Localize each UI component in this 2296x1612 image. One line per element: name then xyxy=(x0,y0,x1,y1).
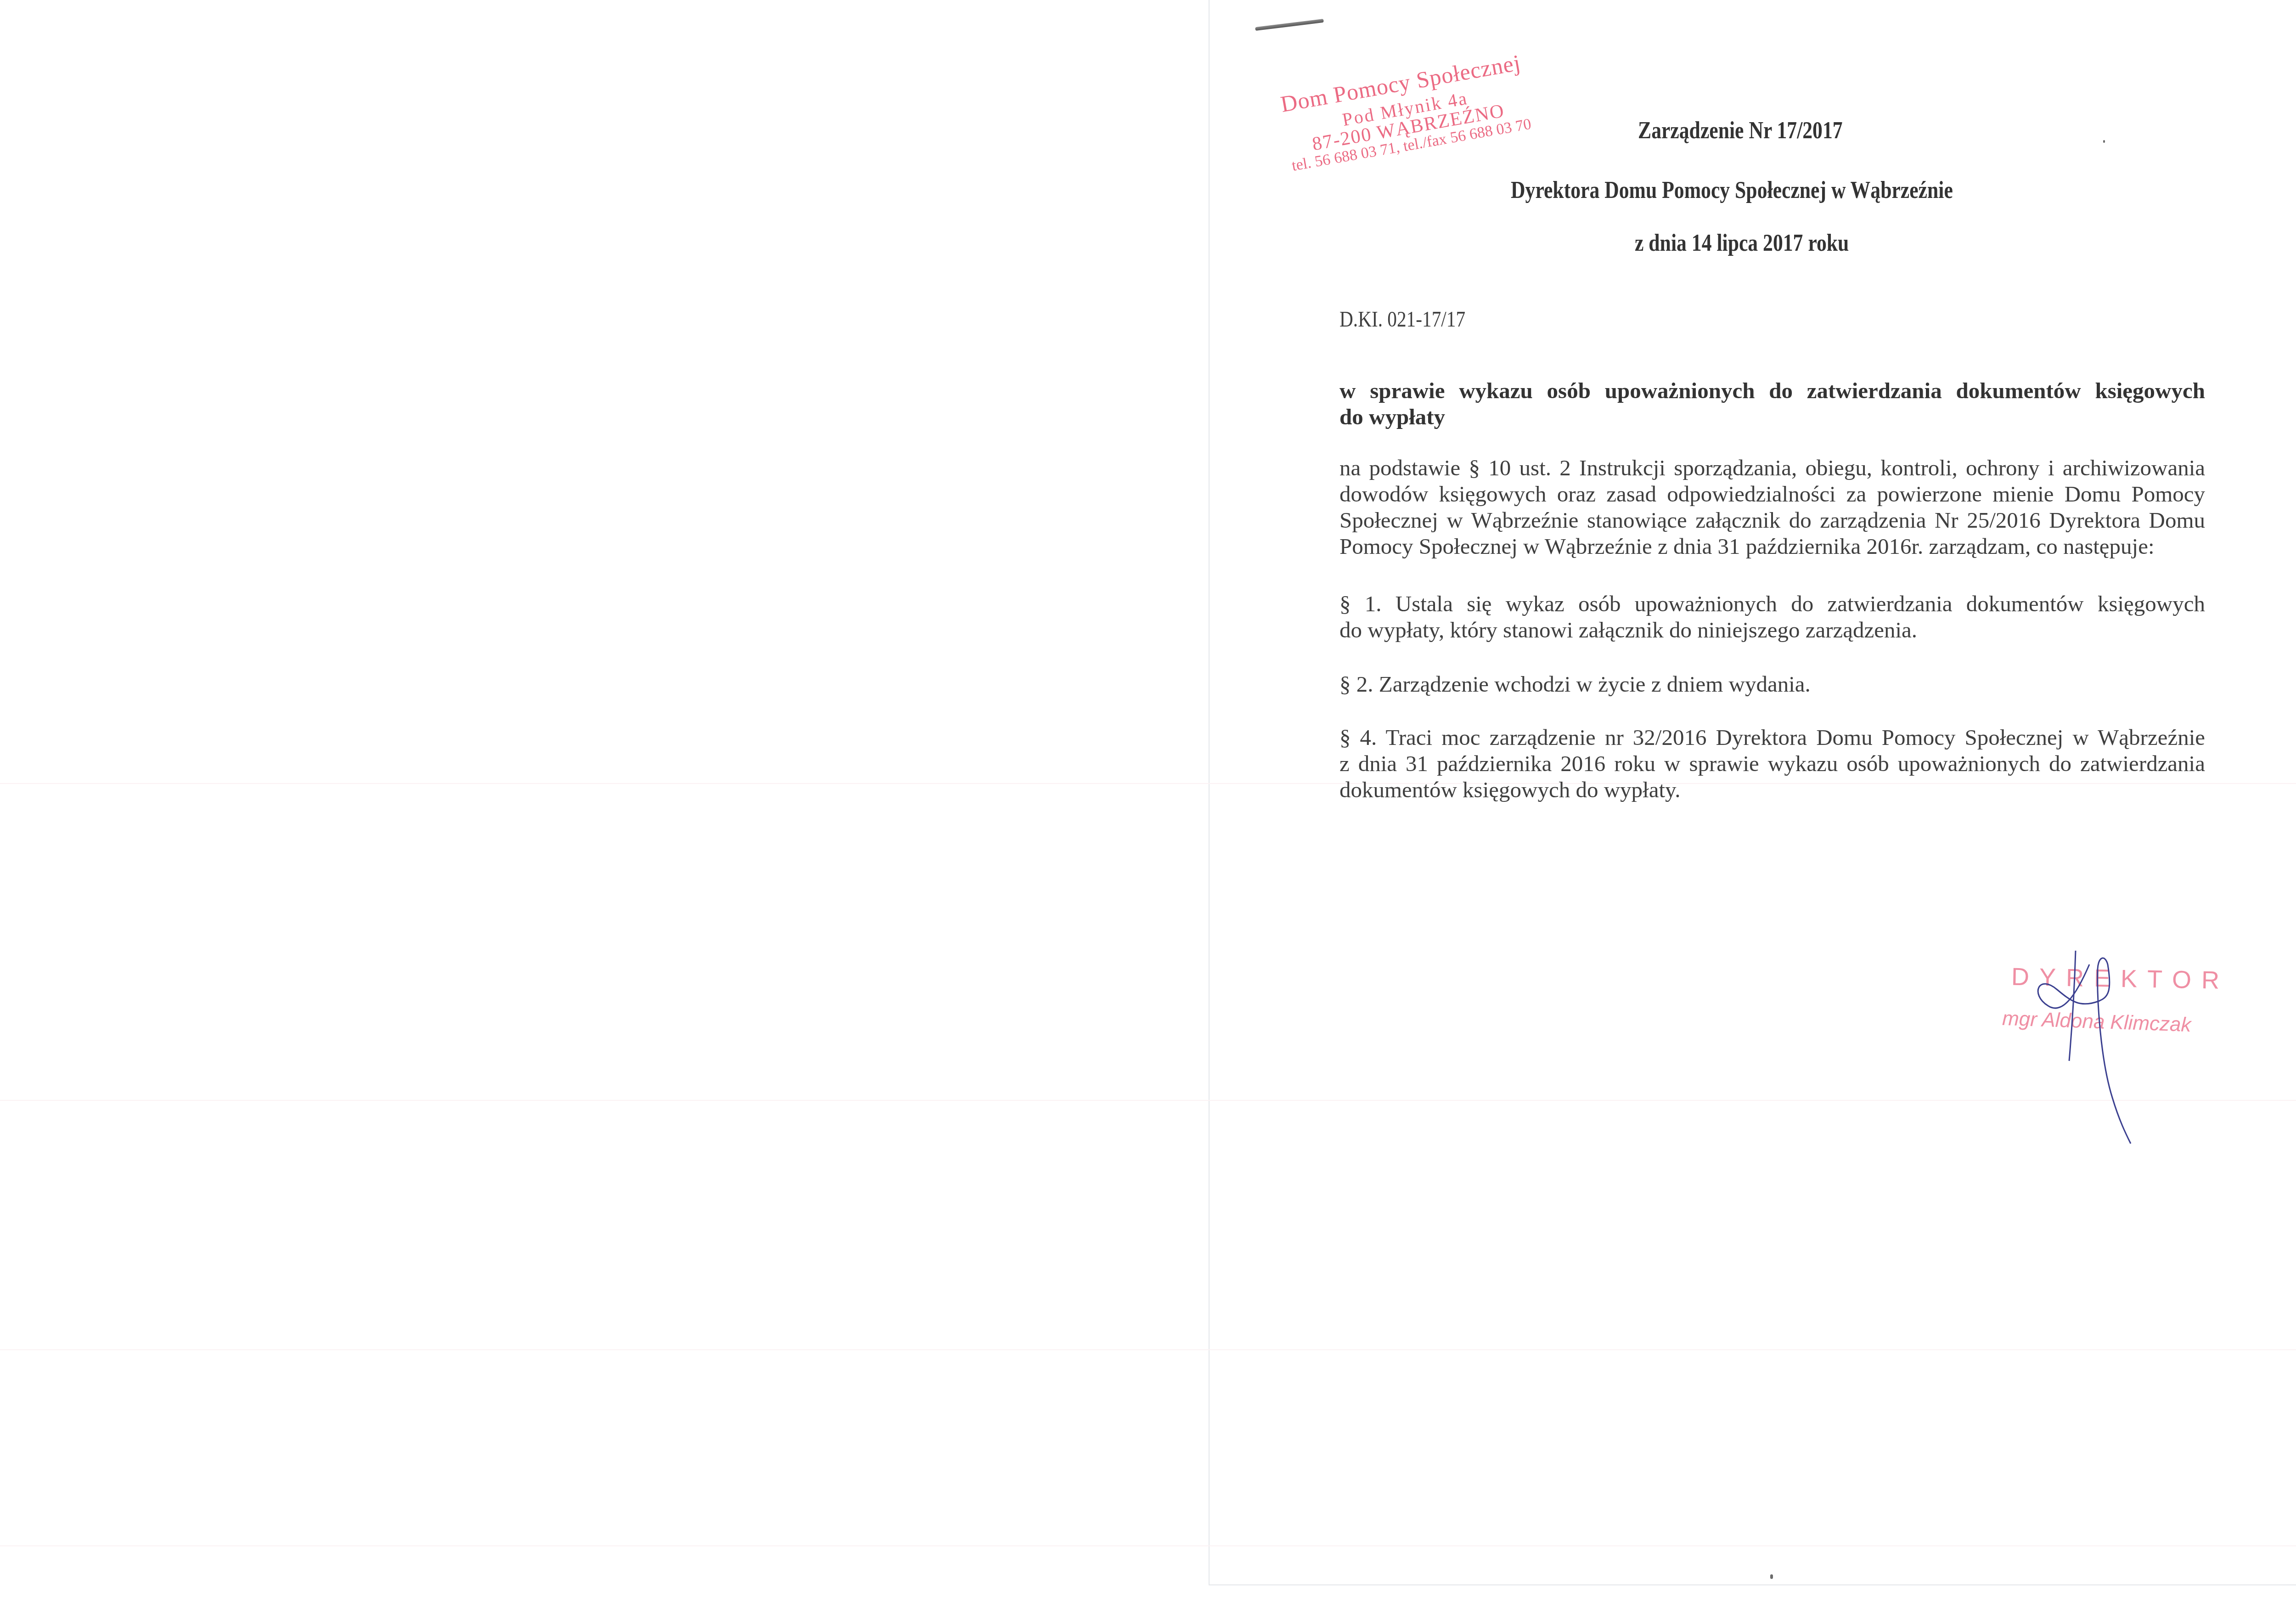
subject-block: w sprawie wykazu osób upoważnionych do z… xyxy=(1339,378,2205,430)
scan-line xyxy=(0,1100,2296,1101)
document-date: z dnia 14 lipca 2017 roku xyxy=(1635,230,1849,257)
legal-basis-block: na podstawie § 10 ust. 2 Instrukcji spor… xyxy=(1339,455,2205,559)
paragraph-1: § 1. Ustala się wykaz osób upoważnionych… xyxy=(1339,591,2205,643)
page-left-edge xyxy=(1209,0,1210,1584)
document-issuer: Dyrektora Domu Pomocy Społecznej w Wąbrz… xyxy=(1511,177,1953,204)
dust-speck xyxy=(1770,1574,1773,1579)
basis-line: Pomocy Społecznej w Wąbrzeźnie z dnia 31… xyxy=(1339,533,2205,559)
paragraph-2: § 2. Zarządzenie wchodzi w życie z dniem… xyxy=(1339,671,2205,697)
staple-mark xyxy=(1255,19,1324,31)
paragraph-line: do wypłaty, który stanowi załącznik do n… xyxy=(1339,617,2205,643)
basis-line: Społecznej w Wąbrzeźnie stanowiące załąc… xyxy=(1339,507,2205,533)
handwritten-signature xyxy=(2020,946,2158,1148)
reference-number: D.KI. 021-17/17 xyxy=(1339,307,1465,332)
subject-line: w sprawie wykazu osób upoważnionych do z… xyxy=(1339,378,2205,404)
scan-line xyxy=(0,1349,2296,1350)
subject-line: do wypłaty xyxy=(1339,404,2205,430)
basis-line: na podstawie § 10 ust. 2 Instrukcji spor… xyxy=(1339,455,2205,481)
dust-speck xyxy=(2103,140,2105,143)
document-title: Zarządzenie Nr 17/2017 xyxy=(1638,117,1843,144)
paragraph-line: § 1. Ustala się wykaz osób upoważnionych… xyxy=(1339,591,2205,617)
institution-stamp: Dom Pomocy Społecznej Pod Młynik 4a 87-2… xyxy=(1249,44,1562,180)
paragraph-4: § 4. Traci moc zarządzenie nr 32/2016 Dy… xyxy=(1339,724,2205,803)
basis-line: dowodów księgowych oraz zasad odpowiedzi… xyxy=(1339,481,2205,507)
paragraph-line: § 2. Zarządzenie wchodzi w życie z dniem… xyxy=(1339,671,2205,697)
paragraph-line: dokumentów księgowych do wypłaty. xyxy=(1339,777,2205,803)
paragraph-line: z dnia 31 października 2016 roku w spraw… xyxy=(1339,750,2205,777)
page-bottom-edge xyxy=(1209,1584,2296,1585)
paragraph-line: § 4. Traci moc zarządzenie nr 32/2016 Dy… xyxy=(1339,724,2205,750)
scan-line xyxy=(0,1545,2296,1546)
